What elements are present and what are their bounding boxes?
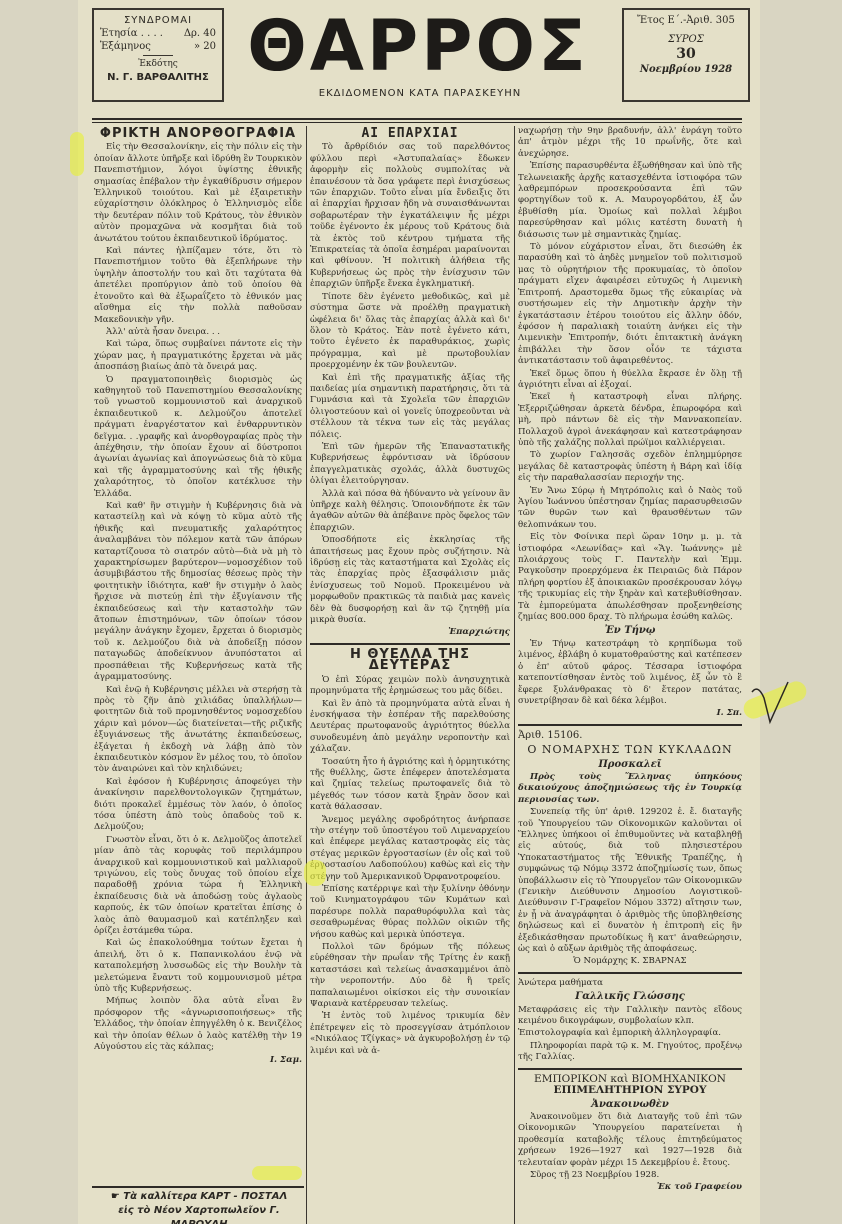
- paragraph: Ἐπίσης κατέρριψε καὶ τὴν ξυλίνην ὀθόνην …: [310, 884, 510, 941]
- newspaper-subtitle: ΕΚΔΙΔΟΜΕΝΟΝ ΚΑΤΑ ΠΑΡΑΣΚΕΥΗΝ: [260, 88, 580, 99]
- notice-subtitle: Προσκαλεῖ: [518, 759, 742, 770]
- paragraph: Τὸ μόνον εὐχάριστον εἶναι, ὅτι διεσώθη ἐ…: [518, 242, 742, 367]
- article-column-2: ΑΙ ΕΠΑΡΧΙΑΙ Τὸ ἄρθρίδιόν σας τοῦ παρελθό…: [310, 126, 510, 1224]
- column-divider: [306, 126, 307, 1224]
- yearly-label: Ἐτησία . . . .: [100, 27, 163, 40]
- paragraph: Καὶ τώρα, ὅπως συμβαίνει πάντοτε εἰς τὴν…: [94, 339, 302, 373]
- subscriptions-box: ΣΥΝΔΡΟΜΑΙ Ἐτησία . . . .Δρ. 40 Ἑξάμηνος»…: [92, 8, 224, 102]
- issue-date: Νοεμβρίου 1928: [630, 63, 742, 76]
- paragraph: Καὶ ἐπὶ τῆς πραγματικῆς ἀξίας τῆς παιδεί…: [310, 373, 510, 441]
- highlighter-mark: [304, 860, 326, 886]
- chamber-signature: Ἐκ τοῦ Γραφείου: [518, 1182, 742, 1193]
- article-column-1: ΦΡΙΚΤΗ ΑΝΟΡΘΟΓΡΑΦΙΑ Εἰς τὴν Θεσσαλονίκην…: [94, 126, 302, 1188]
- paragraph: Εἰς τὸν Φοίνικα περὶ ὥραν 10ην μ. μ. τὰ …: [518, 532, 742, 623]
- paragraph: Καὶ ἓν ἀπὸ τὰ προμηνύματα αὐτὰ εἶναι ἡ ἐ…: [310, 699, 510, 756]
- paragraph: Ἐκεῖ ἡ καταστροφὴ εἶναι πλήρης. Ἐξερριζώ…: [518, 392, 742, 449]
- paragraph: Ἐπίσης παρασυρθέντα ἐξωθήθησαν καὶ ὑπὸ τ…: [518, 161, 742, 241]
- paragraph: Ἡ ἐντὸς τοῦ λιμένος τρικυμία δὲν ἐπέτρεψ…: [310, 1011, 510, 1057]
- paragraph: Ἐπὶ τῶν ἡμερῶν τῆς Ἐπαναστατικῆς Κυβερνή…: [310, 442, 510, 488]
- postcard-advertisement: ☛ Τὰ καλλίτερα ΚΑΡΤ - ΠΟΣΤΑΛ εἰς τὸ Νέον…: [92, 1190, 306, 1224]
- subscriptions-heading: ΣΥΝΔΡΟΜΑΙ: [100, 14, 216, 27]
- paragraph: Καὶ ἐνῷ ἡ Κυβέρνησις μέλλει νὰ στερήσῃ τ…: [94, 685, 302, 776]
- notice-body: Συνεπείᾳ τῆς ὑπ' ἀριθ. 129202 ἐ. ἔ. διατ…: [518, 807, 742, 955]
- french-ad-title: Γαλλικῆς Γλώσσης: [518, 991, 742, 1002]
- ad-rule: [92, 1186, 304, 1188]
- article-title: ΦΡΙΚΤΗ ΑΝΟΡΘΟΓΡΑΦΙΑ: [94, 128, 302, 139]
- article-column-3: ναχωρήσῃ τὴν 9ην βραδυνήν, ἀλλ' ἐνράγη τ…: [518, 126, 742, 1224]
- yearly-price: Δρ. 40: [184, 27, 216, 40]
- notice-title: Ο ΝΟΜΑΡΧΗΣ ΤΩΝ ΚΥΚΛΑΔΩΝ: [518, 744, 742, 755]
- half-price: » 20: [194, 40, 216, 53]
- chamber-subtitle: Ἀνακοινωθὲν: [518, 1099, 742, 1110]
- paragraph: Ἀλλὰ καὶ πόσα θὰ ἠδύναντο νὰ γείνουν ἂν …: [310, 489, 510, 535]
- highlighter-mark: [252, 1166, 302, 1180]
- notice-number: Ἀριθ. 15106.: [518, 730, 742, 741]
- masthead-rule-thin: [92, 122, 742, 123]
- paragraph: Τίποτε δὲν ἐγένετο μεθοδικῶς, καὶ μὲ σύσ…: [310, 292, 510, 372]
- paragraph: Εἰς τὴν Θεσσαλονίκην, εἰς τὴν πόλιν εἰς …: [94, 142, 302, 245]
- article-signature: Ἐπαρχιώτης: [310, 627, 510, 638]
- paragraph: Ὁποσδήποτε εἰς ἐκκλησίας τῆς ἀπαιτήσεως …: [310, 535, 510, 626]
- paragraph: Καὶ ἐφόσον ἡ Κυβέρνησις ἀποφεύγει τὴν ἀν…: [94, 777, 302, 834]
- year-number: Ἔτος Ε΄.-Ἀριθ. 305: [630, 14, 742, 27]
- pointing-hand-icon: ☛: [111, 1191, 123, 1202]
- french-ad-text: Ἐπιστολογραφία καὶ ἐμπορικὴ ἀλληλογραφία…: [518, 1028, 742, 1039]
- publisher-label: Ἐκδότης: [100, 58, 216, 71]
- paragraph: Ἐκεῖ ὅμως ὅπου ἡ θύελλα ἔκρασε ἐν ὅλῃ τῇ…: [518, 369, 742, 392]
- paragraph: Γνωστὸν εἶναι, ὅτι ὁ κ. Δελμοῦζος ἀποτελ…: [94, 835, 302, 938]
- paragraph: Τοσαύτη ἦτο ἡ ἀγριότης καὶ ἡ ὁρμητικότης…: [310, 757, 510, 814]
- paragraph: Ὁ πραγματοποιηθεὶς διορισμὸς ὡς καθηγητο…: [94, 375, 302, 500]
- paragraph: Καὶ καθ' ἣν στιγμὴν ἡ Κυβέρνησις διὰ νὰ …: [94, 501, 302, 684]
- article-signature: Ι. Σαμ.: [94, 1055, 302, 1066]
- chamber-title: ΕΠΙΜΕΛΗΤΗΡΙΟΝ ΣΥΡΟΥ: [518, 1085, 742, 1096]
- article-signature: Ι. Σπ.: [518, 708, 742, 719]
- article-divider: [518, 972, 742, 974]
- paragraph: Τὸ χωρίον Γαλησσᾶς σχεδὸν ἐπλημμύρησε με…: [518, 450, 742, 484]
- paragraph: Καὶ ὡς ἐπακολούθημα τούτων ἔχεται ἡ ἀπει…: [94, 938, 302, 995]
- divider: [143, 55, 173, 56]
- article-divider: [310, 643, 510, 645]
- issue-day: 30: [630, 46, 742, 63]
- chamber-date: Σῦρος τῇ 23 Νοεμβρίου 1928.: [518, 1170, 742, 1181]
- french-ad-text: Πληροφορίαι παρὰ τῷ κ. Μ. Γηγούτος, προξ…: [518, 1041, 742, 1064]
- paragraph: Ἄνεμος μεγάλης σφοδρότητος ἀνήρπασε τὴν …: [310, 815, 510, 883]
- masthead-rule: [92, 118, 742, 120]
- paragraph: ναχωρήσῃ τὴν 9ην βραδυνήν, ἀλλ' ἐνράγη τ…: [518, 126, 742, 160]
- french-ad-text: Μεταφράσεις εἰς τὴν Γαλλικὴν παντὸς εἴδο…: [518, 1005, 742, 1028]
- notice-signature: Ὁ Νομάρχης Κ. ΣΒΑΡΝΑΣ: [518, 956, 742, 967]
- paragraph: Ἀλλ' αὐτὰ ἦσαν ὄνειρα. . .: [94, 327, 302, 338]
- paragraph: Πολλοὶ τῶν δρόμων τῆς πόλεως εὑρέθησαν τ…: [310, 942, 510, 1010]
- half-label: Ἑξάμηνος: [100, 40, 151, 53]
- paragraph: Ἐν Ἄνω Σύρῳ ἡ Μητρόπολις καὶ ὁ Ναὸς τοῦ …: [518, 486, 742, 532]
- paragraph: Καὶ πάντες ἠλπίζαμεν τότε, ὅτι τὸ Πανεπι…: [94, 246, 302, 326]
- subheading: Ἐν Τήνῳ: [518, 625, 742, 636]
- paragraph: Ἐν Τήνῳ κατεστράφη τὸ κρηπίδωμα τοῦ λιμέ…: [518, 639, 742, 707]
- publisher-name: Ν. Γ. ΒΑΡΘΑΛΙΤΗΣ: [100, 71, 216, 84]
- paragraph: Μήπως λοιπὸν ὅλα αὐτὰ εἶναι ἓν πρόσφορον…: [94, 996, 302, 1053]
- article-divider: [518, 724, 742, 726]
- chamber-body: Ἀνακοινοῦμεν ὅτι διὰ Διαταγῆς τοῦ ἐπὶ τῶ…: [518, 1112, 742, 1169]
- ad-line-1: ☛ Τὰ καλλίτερα ΚΑΡΤ - ΠΟΣΤΑΛ: [92, 1190, 306, 1204]
- french-ad-line1: Ἀνώτερα μαθήματα: [518, 978, 742, 989]
- article-title: Η ΘΥΕΛΛΑ ΤΗΣ ΔΕΥΤΕΡΑΣ: [310, 649, 510, 672]
- issue-box: Ἔτος Ε΄.-Ἀριθ. 305 ΣΥΡΟΣ 30 Νοεμβρίου 19…: [622, 8, 750, 102]
- checkmark-icon: [750, 680, 792, 728]
- newspaper-title: ΘΑΡΡΟΣ: [228, 4, 608, 88]
- paragraph: Τὸ ἄρθρίδιόν σας τοῦ παρελθόντος φύλλου …: [310, 142, 510, 290]
- paragraph: Ὁ ἐπὶ Σύρας χειμὼν πολὺ ἀνησυχητικὰ προμ…: [310, 675, 510, 698]
- highlighter-mark: [70, 132, 84, 176]
- notice-addressees: Πρὸς τοὺς Ἕλληνας ὑπηκόους δικαιούχους ἀ…: [518, 772, 742, 806]
- article-divider: [518, 1068, 742, 1070]
- column-divider: [514, 126, 515, 1224]
- article-title: ΑΙ ΕΠΑΡΧΙΑΙ: [310, 128, 510, 139]
- issue-place: ΣΥΡΟΣ: [630, 33, 742, 46]
- ad-line-2: εἰς τὸ Νέον Χαρτοπωλεῖον Γ. ΜΑΡΟΥΛΗ: [92, 1204, 306, 1224]
